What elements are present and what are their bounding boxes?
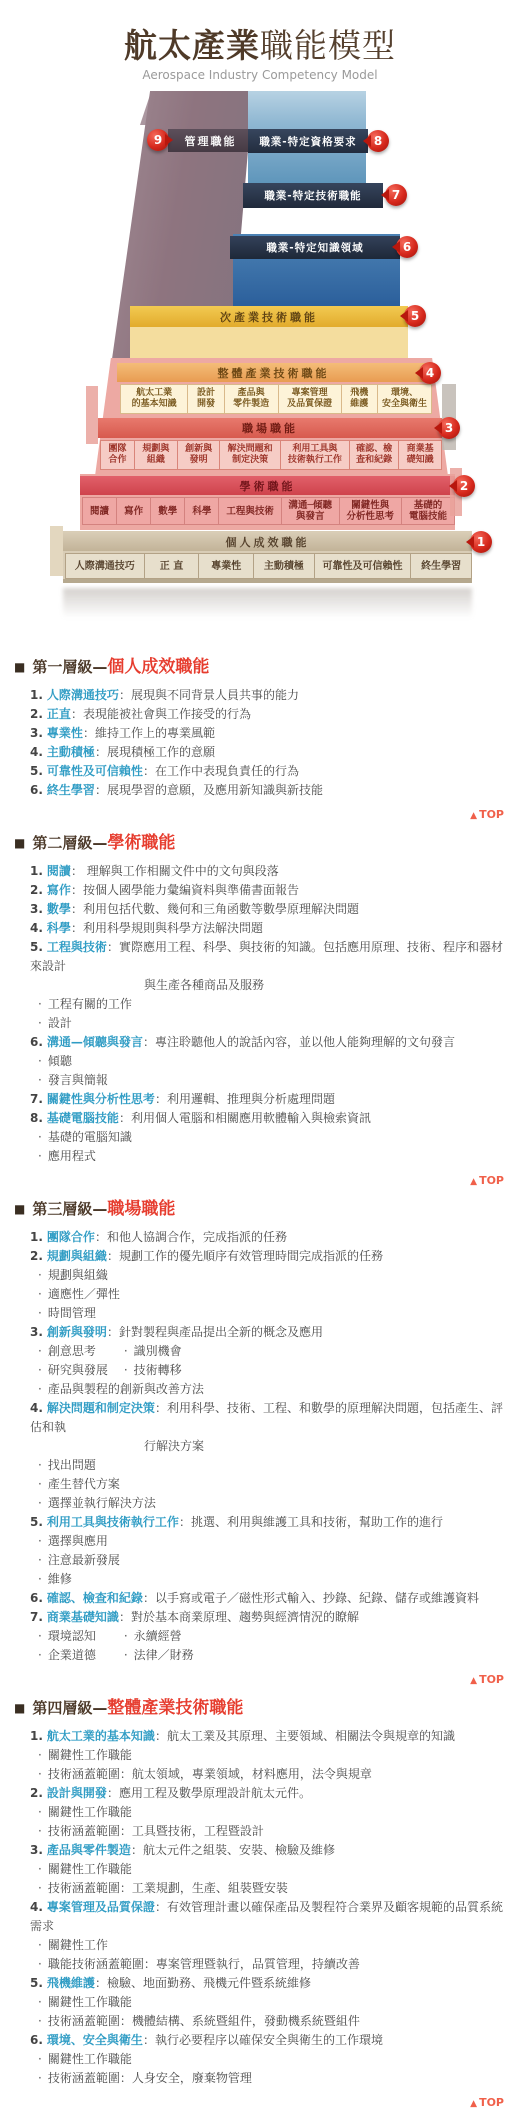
item-description: ：表現能被社會與工作接受的行為	[71, 707, 251, 721]
bullet-dot: ·	[38, 1938, 42, 1952]
section-marker: ■	[14, 660, 25, 674]
level4-band: 整體產業技術職能	[117, 363, 430, 382]
level7-band: 職業-特定技術職能	[243, 183, 383, 208]
level3-boxes: 團隊合作規劃與組織創新與發明解決問題和制定決策利用工具與技術執行工作確認、檢查和…	[100, 440, 442, 470]
item-number: 4.	[30, 1900, 43, 1914]
section-title: 學術職能	[107, 833, 175, 853]
item-term: 環境、安全與衛生	[47, 2033, 143, 2047]
sub-bullet: ·關鍵性工作	[14, 1936, 506, 1955]
sub-bullet: ·技術涵蓋範圍：機體結構、系統暨組件，發動機系統暨組件	[14, 2012, 506, 2031]
bullet-text: 傾聽	[48, 1054, 72, 1068]
item-number: 4.	[30, 921, 43, 935]
bullet-text: 產生替代方案	[48, 1477, 120, 1491]
side-face-left-pink	[86, 386, 98, 444]
item-description: ：展現學習的意願，及應用新知識與新技能	[95, 783, 323, 797]
bullet-dot: ·	[38, 997, 42, 1011]
bullet-text: 工程有關的工作	[48, 997, 132, 1011]
level-badge-1: 1	[470, 531, 492, 553]
page-header: 航太產業職能模型 Aerospace Industry Competency M…	[0, 0, 520, 82]
item-description: ：利用科學規則與科學方法解決問題	[71, 921, 263, 935]
item-number: 3.	[30, 1325, 43, 1339]
competency-item: 6.確認、檢查和紀錄：以手寫或電子／磁性形式輸入、抄錄、紀錄、儲存或維護資料	[14, 1589, 506, 1608]
sub-bullet: ·適應性／彈性	[14, 1285, 506, 1304]
bullet-dot: ·	[38, 1824, 42, 1838]
bullet-dot: ·	[124, 1648, 128, 1662]
up-triangle-icon: ▲	[470, 811, 477, 821]
item-description: ：對於基本商業原理、趨勢與經濟情況的瞭解	[119, 1610, 359, 1624]
section-title: 職場職能	[107, 1199, 175, 1219]
item-number: 5.	[30, 764, 43, 778]
academic-box: 溝通─傾聽與發言	[282, 498, 339, 524]
level1-boxes: 人際溝通技巧正 直專業性主動積極可靠性及可信賴性終生學習	[65, 553, 472, 579]
sub-bullet: ·研究與發展·技術轉移	[14, 1361, 506, 1380]
item-description: ：利用包括代數、幾何和三角函數等數學原理解決問題	[71, 902, 359, 916]
item-term: 數學	[47, 902, 71, 916]
item-number: 6.	[30, 783, 43, 797]
sub-bullet: ·傾聽	[14, 1052, 506, 1071]
competency-item: 3.產品與零件製造：航太元件之組裝、安裝、檢驗及維修	[14, 1841, 506, 1860]
level-badge-3: 3	[438, 417, 460, 439]
sub-bullet: ·職能技術涵蓋範圍：專案管理暨執行，品質管理，持續改善	[14, 1955, 506, 1974]
section-level-label: 第四層級—	[32, 1699, 107, 1717]
bullet-text: 永續經營	[134, 1629, 182, 1643]
personal-box: 正 直	[145, 554, 199, 578]
bullet-text: 找出問題	[48, 1458, 96, 1472]
item-number: 2.	[30, 707, 43, 721]
bullet-text: 關鍵性工作職能	[48, 1805, 132, 1819]
item-description: ： 理解與工作相關文件中的文句與段落	[71, 864, 279, 878]
item-term: 航太工業的基本知識	[47, 1729, 155, 1743]
level-badge-4: 4	[419, 362, 441, 384]
item-term: 基礎電腦技能	[47, 1111, 119, 1125]
level5-body	[130, 327, 408, 360]
item-description: ：在工作中表現負責任的行為	[143, 764, 299, 778]
item-number: 6.	[30, 1035, 43, 1049]
competency-item: 7.關鍵性與分析性思考：利用邏輯、推理與分析處理問題	[14, 1090, 506, 1109]
bullet-text: 技術涵蓋範圍：機體結構、系統暨組件，發動機系統暨組件	[48, 2014, 360, 2028]
competency-item: 8.基礎電腦技能：利用個人電腦和相關應用軟體輸入與檢索資訊	[14, 1109, 506, 1128]
section-heading-4: ■第四層級—整體產業技術職能	[14, 1696, 506, 1720]
bullet-text: 發言與簡報	[48, 1073, 108, 1087]
item-term: 解決問題和制定決策	[47, 1401, 155, 1415]
bullet-text: 產品與製程的創新與改善方法	[48, 1382, 204, 1396]
level5-band: 次產業技術職能	[130, 306, 408, 327]
item-description: ：利用邏輯、推理與分析處理問題	[155, 1092, 335, 1106]
competency-item: 1.閱讀： 理解與工作相關文件中的文句與段落	[14, 862, 506, 881]
item-number: 4.	[30, 745, 43, 759]
personal-box: 主動積極	[254, 554, 314, 578]
bullet-dot: ·	[38, 1648, 42, 1662]
competency-item: 4.科學：利用科學規則與科學方法解決問題	[14, 919, 506, 938]
sub-bullet: ·發言與簡報	[14, 1071, 506, 1090]
item-term: 確認、檢查和紀錄	[47, 1591, 143, 1605]
competency-item: 2.正直：表現能被社會與工作接受的行為	[14, 705, 506, 724]
bullet-text: 選擇並執行解決方法	[48, 1496, 156, 1510]
industry-box: 航太工業的基本知識	[121, 385, 187, 413]
bullet-dot: ·	[38, 2014, 42, 2028]
bullet-dot: ·	[38, 1572, 42, 1586]
bullet-dot: ·	[38, 1881, 42, 1895]
item-term: 利用工具與技術執行工作	[47, 1515, 179, 1529]
item-number: 1.	[30, 1729, 43, 1743]
sections-container: ■第一層級—個人成效職能1.人際溝通技巧：展現與不同背景人員共事的能力2.正直：…	[0, 631, 520, 2117]
competency-item: 4.解決問題和制定決策：利用科學、技術、工程、和數學的原理解決問題，包括產生、評…	[14, 1399, 506, 1437]
up-triangle-icon: ▲	[470, 1177, 477, 1187]
bullet-dot: ·	[38, 1496, 42, 1510]
back-to-top-link[interactable]: ▲TOP	[14, 1673, 504, 1686]
sub-bullet: ·關鍵性工作職能	[14, 1746, 506, 1765]
bullet-dot: ·	[38, 1534, 42, 1548]
item-description: ：利用個人電腦和相關應用軟體輸入與檢索資訊	[119, 1111, 371, 1125]
bullet-dot: ·	[38, 1458, 42, 1472]
bullet-text: 技術涵蓋範圍：人身安全，廢棄物管理	[48, 2071, 252, 2085]
item-term: 創新與發明	[47, 1325, 107, 1339]
item-description: ：按個人國學能力彙編資料與準備書面報告	[71, 883, 299, 897]
item-description: ：專注聆聽他人的說話內容，並以他人能夠理解的文句發言	[143, 1035, 455, 1049]
item-term: 閱讀	[47, 864, 71, 878]
sub-bullet: ·關鍵性工作職能	[14, 2050, 506, 2069]
level1-band: 個人成效職能	[63, 533, 472, 551]
bullet-text: 創意思考	[48, 1342, 124, 1361]
up-triangle-icon: ▲	[470, 1676, 477, 1686]
level-badge-7: 7	[385, 184, 407, 206]
bullet-dot: ·	[38, 1805, 42, 1819]
item-number: 2.	[30, 1786, 43, 1800]
competency-item: 2.寫作：按個人國學能力彙編資料與準備書面報告	[14, 881, 506, 900]
item-description: ：展現積極工作的意願	[95, 745, 215, 759]
sub-bullet: ·產生替代方案	[14, 1475, 506, 1494]
level-badge-8: 8	[367, 130, 389, 152]
bullet-dot: ·	[38, 2052, 42, 2066]
bullet-dot: ·	[38, 1957, 42, 1971]
page-subtitle: Aerospace Industry Competency Model	[0, 68, 520, 82]
competency-item: 7.商業基礎知識：對於基本商業原理、趨勢與經濟情況的瞭解	[14, 1608, 506, 1627]
item-number: 5.	[30, 940, 43, 954]
bullet-dot: ·	[38, 1344, 42, 1358]
item-number: 7.	[30, 1610, 43, 1624]
sub-bullet: ·關鍵性工作職能	[14, 1993, 506, 2012]
item-number: 5.	[30, 1515, 43, 1529]
section-marker: ■	[14, 836, 25, 850]
item-description: ：規劃工作的優先順序有效管理時間完成指派的任務	[107, 1249, 383, 1263]
workplace-box: 利用工具與技術執行工作	[281, 441, 349, 469]
competency-item: 6.環境、安全與衛生：執行必要程序以確保安全與衛生的工作環境	[14, 2031, 506, 2050]
section-level-label: 第二層級—	[32, 834, 107, 852]
item-term: 團隊合作	[47, 1230, 95, 1244]
level-badge-2: 2	[453, 475, 475, 497]
bullet-dot: ·	[124, 1344, 128, 1358]
competency-item: 1.團隊合作：和他人協調合作，完成指派的任務	[14, 1228, 506, 1247]
competency-item: 6.溝通—傾聽與發言：專注聆聽他人的說話內容，並以他人能夠理解的文句發言	[14, 1033, 506, 1052]
sub-bullet: ·選擇並執行解決方法	[14, 1494, 506, 1513]
item-number: 1.	[30, 1230, 43, 1244]
competency-item: 2.規劃與組織：規劃工作的優先順序有效管理時間完成指派的任務	[14, 1247, 506, 1266]
sub-bullet: ·選擇與應用	[14, 1532, 506, 1551]
bullet-text: 應用程式	[48, 1149, 96, 1163]
industry-box: 環境、安全與衛生	[378, 385, 431, 413]
bullet-dot: ·	[38, 1862, 42, 1876]
item-description: ：和他人協調合作，完成指派的任務	[95, 1230, 287, 1244]
item-description: ：執行必要程序以確保安全與衛生的工作環境	[143, 2033, 383, 2047]
section-heading-3: ■第三層級—職場職能	[14, 1197, 506, 1221]
sub-bullet: ·關鍵性工作職能	[14, 1860, 506, 1879]
academic-box: 科學	[185, 498, 218, 524]
item-term: 科學	[47, 921, 71, 935]
item-term: 主動積極	[47, 745, 95, 759]
workplace-box: 規劃與組織	[135, 441, 177, 469]
personal-box: 人際溝通技巧	[66, 554, 144, 578]
item-term: 產品與零件製造	[47, 1843, 131, 1857]
item-number: 3.	[30, 726, 43, 740]
item-term: 寫作	[47, 883, 71, 897]
sub-bullet: ·時間管理	[14, 1304, 506, 1323]
sub-bullet: ·規劃與組織	[14, 1266, 506, 1285]
sub-bullet: ·設計	[14, 1014, 506, 1033]
section-heading-1: ■第一層級—個人成效職能	[14, 655, 506, 679]
sub-bullet: ·企業道德·法律／財務	[14, 1646, 506, 1665]
workplace-box: 商業基礎知識	[399, 441, 441, 469]
item-description: ：航太元件之組裝、安裝、檢驗及維修	[131, 1843, 335, 1857]
level8-band: 職業-特定資格要求	[248, 129, 368, 153]
bullet-dot: ·	[38, 1073, 42, 1087]
item-number: 3.	[30, 1843, 43, 1857]
bullet-text: 注意最新發展	[48, 1553, 120, 1567]
item-description-continued: 行解決方案	[14, 1437, 506, 1456]
workplace-box: 解決問題和制定決策	[220, 441, 279, 469]
item-description: ：維持工作上的專業風範	[83, 726, 215, 740]
bullet-dot: ·	[38, 1306, 42, 1320]
section-marker: ■	[14, 1701, 25, 1715]
bullet-text: 關鍵性工作職能	[48, 1862, 132, 1876]
page-title-bold: 航太產業	[124, 26, 260, 65]
bullet-text: 適應性／彈性	[48, 1287, 120, 1301]
bullet-dot: ·	[124, 1363, 128, 1377]
level-badge-6: 6	[396, 236, 418, 258]
competency-item: 4.主動積極：展現積極工作的意願	[14, 743, 506, 762]
item-term: 人際溝通技巧	[47, 688, 119, 702]
bullet-dot: ·	[38, 1995, 42, 2009]
page-title-light: 職能模型	[260, 26, 396, 65]
sub-bullet: ·應用程式	[14, 1147, 506, 1166]
item-description: ：航太工業及其原理、主要領域、相關法令與規章的知識	[155, 1729, 455, 1743]
item-description: ：展現與不同背景人員共事的能力	[119, 688, 299, 702]
competency-item: 3.創新與發明：針對製程與產品提出全新的概念及應用	[14, 1323, 506, 1342]
academic-box: 關鍵性與分析性思考	[340, 498, 401, 524]
level-badge-5: 5	[404, 305, 426, 327]
item-description: ：以手寫或電子／磁性形式輸入、抄錄、紀錄、儲存或維護資料	[143, 1591, 479, 1605]
personal-box: 專業性	[199, 554, 253, 578]
bullet-dot: ·	[38, 1268, 42, 1282]
sub-bullet: ·產品與製程的創新與改善方法	[14, 1380, 506, 1399]
academic-box: 數學	[151, 498, 184, 524]
bullet-text: 關鍵性工作	[48, 1938, 108, 1952]
bullet-dot: ·	[38, 1287, 42, 1301]
industry-box: 設計開發	[188, 385, 223, 413]
item-term: 飛機維護	[47, 1976, 95, 1990]
section-level-label: 第三層級—	[32, 1200, 107, 1218]
bullet-text: 維修	[48, 1572, 72, 1586]
bullet-text: 關鍵性工作職能	[48, 1995, 132, 2009]
item-term: 規劃與組織	[47, 1249, 107, 1263]
bullet-text: 技術轉移	[134, 1363, 182, 1377]
item-description-continued: 與生產各種商品及服務	[14, 976, 506, 995]
academic-box: 基礎的電腦技能	[402, 498, 454, 524]
item-number: 6.	[30, 1591, 43, 1605]
item-description: ：應用工程及數學原理設計航太元件。	[107, 1786, 311, 1800]
bullet-dot: ·	[38, 1016, 42, 1030]
sub-bullet: ·創意思考·識別機會	[14, 1342, 506, 1361]
sub-bullet: ·注意最新發展	[14, 1551, 506, 1570]
competency-item: 6.終生學習：展現學習的意願，及應用新知識與新技能	[14, 781, 506, 800]
sub-bullet: ·環境認知·永續經營	[14, 1627, 506, 1646]
section-title: 整體產業技術職能	[107, 1698, 243, 1718]
back-to-top-link[interactable]: ▲TOP	[14, 808, 504, 821]
bullet-text: 技術涵蓋範圍：航太領域，專業領域，材料應用，法令與規章	[48, 1767, 372, 1781]
workplace-box: 確認、檢查和紀錄	[350, 441, 398, 469]
level6-band: 職業-特定知識領域	[230, 236, 400, 259]
competency-item: 5.工程與技術：實際應用工程、科學、與技術的知識。包括應用原理、技術、程序和器材…	[14, 938, 506, 976]
item-term: 專案管理及品質保證	[47, 1900, 155, 1914]
bullet-dot: ·	[38, 2071, 42, 2085]
competency-item: 2.設計與開發：應用工程及數學原理設計航太元件。	[14, 1784, 506, 1803]
bullet-text: 技術涵蓋範圍：工業規劃，生產、組裝暨安裝	[48, 1881, 288, 1895]
item-number: 1.	[30, 864, 43, 878]
item-term: 關鍵性與分析性思考	[47, 1092, 155, 1106]
level2-band: 學術職能	[80, 476, 455, 495]
section-marker: ■	[14, 1202, 25, 1216]
back-to-top-link[interactable]: ▲TOP	[14, 2096, 504, 2109]
item-number: 5.	[30, 1976, 43, 1990]
bullet-dot: ·	[38, 1382, 42, 1396]
item-term: 設計與開發	[47, 1786, 107, 1800]
bullet-text: 設計	[48, 1016, 72, 1030]
personal-box: 可靠性及可信賴性	[315, 554, 411, 578]
bullet-text: 企業道德	[48, 1646, 124, 1665]
level2-boxes: 閱讀寫作數學科學工程與技術溝通─傾聽與發言關鍵性與分析性思考基礎的電腦技能	[82, 497, 455, 525]
bullet-dot: ·	[124, 1629, 128, 1643]
sub-bullet: ·工程有關的工作	[14, 995, 506, 1014]
item-description: ：檢驗、地面勤務、飛機元件暨系統維修	[95, 1976, 311, 1990]
bullet-text: 識別機會	[134, 1344, 182, 1358]
item-number: 2.	[30, 883, 43, 897]
bullet-dot: ·	[38, 1149, 42, 1163]
bullet-text: 時間管理	[48, 1306, 96, 1320]
sub-bullet: ·技術涵蓋範圍：人身安全，廢棄物管理	[14, 2069, 506, 2088]
competency-pyramid-diagram: 管理職能 職業-特定資格要求 職業-特定技術職能 職業-特定知識領域 次產業技術…	[0, 86, 520, 631]
item-description: ：挑選、利用與維護工具和技術，幫助工作的進行	[179, 1515, 443, 1529]
competency-item: 4.專案管理及品質保證：有效管理計畫以確保產品及製程符合業界及顧客規範的品質系統…	[14, 1898, 506, 1936]
academic-box: 寫作	[117, 498, 150, 524]
item-number: 7.	[30, 1092, 43, 1106]
item-term: 專業性	[47, 726, 83, 740]
item-term: 溝通—傾聽與發言	[47, 1035, 143, 1049]
item-term: 終生學習	[47, 783, 95, 797]
bullet-dot: ·	[38, 1629, 42, 1643]
pyramid-base-edge	[63, 579, 472, 583]
industry-box: 專案管理及品質保證	[279, 385, 341, 413]
item-number: 3.	[30, 902, 43, 916]
personal-box: 終生學習	[411, 554, 471, 578]
competency-item: 5.飛機維護：檢驗、地面勤務、飛機元件暨系統維修	[14, 1974, 506, 1993]
level9-band: 管理職能	[168, 129, 253, 152]
item-number: 8.	[30, 1111, 43, 1125]
workplace-box: 創新與發明	[178, 441, 220, 469]
sub-bullet: ·技術涵蓋範圍：航太領域，專業領域，材料應用，法令與規章	[14, 1765, 506, 1784]
back-to-top-link[interactable]: ▲TOP	[14, 1174, 504, 1187]
section-level-label: 第一層級—	[32, 658, 107, 676]
industry-box: 飛機維護	[342, 385, 377, 413]
bullet-text: 研究與發展	[48, 1361, 124, 1380]
pyramid-reflection	[63, 588, 472, 618]
bullet-text: 關鍵性工作職能	[48, 1748, 132, 1762]
item-number: 6.	[30, 2033, 43, 2047]
item-number: 4.	[30, 1401, 43, 1415]
bullet-dot: ·	[38, 1553, 42, 1567]
bullet-text: 選擇與應用	[48, 1534, 108, 1548]
competency-item: 3.專業性：維持工作上的專業風範	[14, 724, 506, 743]
level-badge-9: 9	[147, 129, 169, 151]
item-description: ：針對製程與產品提出全新的概念及應用	[107, 1325, 323, 1339]
sub-bullet: ·找出問題	[14, 1456, 506, 1475]
side-face-left-beige	[50, 526, 63, 576]
bullet-dot: ·	[38, 1767, 42, 1781]
bullet-text: 基礎的電腦知識	[48, 1130, 132, 1144]
item-term: 商業基礎知識	[47, 1610, 119, 1624]
section-title: 個人成效職能	[107, 657, 209, 677]
competency-item: 5.可靠性及可信賴性：在工作中表現負責任的行為	[14, 762, 506, 781]
sub-bullet: ·關鍵性工作職能	[14, 1803, 506, 1822]
bullet-dot: ·	[38, 1054, 42, 1068]
competency-item: 3.數學：利用包括代數、幾何和三角函數等數學原理解決問題	[14, 900, 506, 919]
competency-item: 5.利用工具與技術執行工作：挑選、利用與維護工具和技術，幫助工作的進行	[14, 1513, 506, 1532]
academic-box: 閱讀	[83, 498, 116, 524]
bullet-text: 環境認知	[48, 1627, 124, 1646]
item-term: 工程與技術	[47, 940, 107, 954]
item-term: 可靠性及可信賴性	[47, 764, 143, 778]
bullet-text: 關鍵性工作職能	[48, 2052, 132, 2066]
level3-band: 職場職能	[98, 418, 442, 438]
page-title: 航太產業職能模型	[0, 26, 520, 66]
item-number: 1.	[30, 688, 43, 702]
bullet-dot: ·	[38, 1363, 42, 1377]
sub-bullet: ·維修	[14, 1570, 506, 1589]
competency-item: 1.航太工業的基本知識：航太工業及其原理、主要領域、相關法令與規章的知識	[14, 1727, 506, 1746]
bullet-dot: ·	[38, 1748, 42, 1762]
bullet-text: 技術涵蓋範圍：工具暨技術，工程暨設計	[48, 1824, 264, 1838]
academic-box: 工程與技術	[219, 498, 280, 524]
bullet-text: 規劃與組織	[48, 1268, 108, 1282]
item-number: 2.	[30, 1249, 43, 1263]
sub-bullet: ·技術涵蓋範圍：工業規劃，生產、組裝暨安裝	[14, 1879, 506, 1898]
up-triangle-icon: ▲	[470, 2099, 477, 2109]
item-term: 正直	[47, 707, 71, 721]
level4-boxes: 航太工業的基本知識設計開發產品與零件製造專案管理及品質保證飛機維護環境、安全與衛…	[120, 384, 432, 414]
section-heading-2: ■第二層級—學術職能	[14, 831, 506, 855]
bullet-dot: ·	[38, 1130, 42, 1144]
bullet-text: 法律／財務	[134, 1648, 194, 1662]
sub-bullet: ·技術涵蓋範圍：工具暨技術，工程暨設計	[14, 1822, 506, 1841]
workplace-box: 團隊合作	[101, 441, 134, 469]
bullet-text: 職能技術涵蓋範圍：專案管理暨執行，品質管理，持續改善	[48, 1957, 360, 1971]
sub-bullet: ·基礎的電腦知識	[14, 1128, 506, 1147]
industry-box: 產品與零件製造	[225, 385, 278, 413]
bullet-dot: ·	[38, 1477, 42, 1491]
competency-item: 1.人際溝通技巧：展現與不同背景人員共事的能力	[14, 686, 506, 705]
